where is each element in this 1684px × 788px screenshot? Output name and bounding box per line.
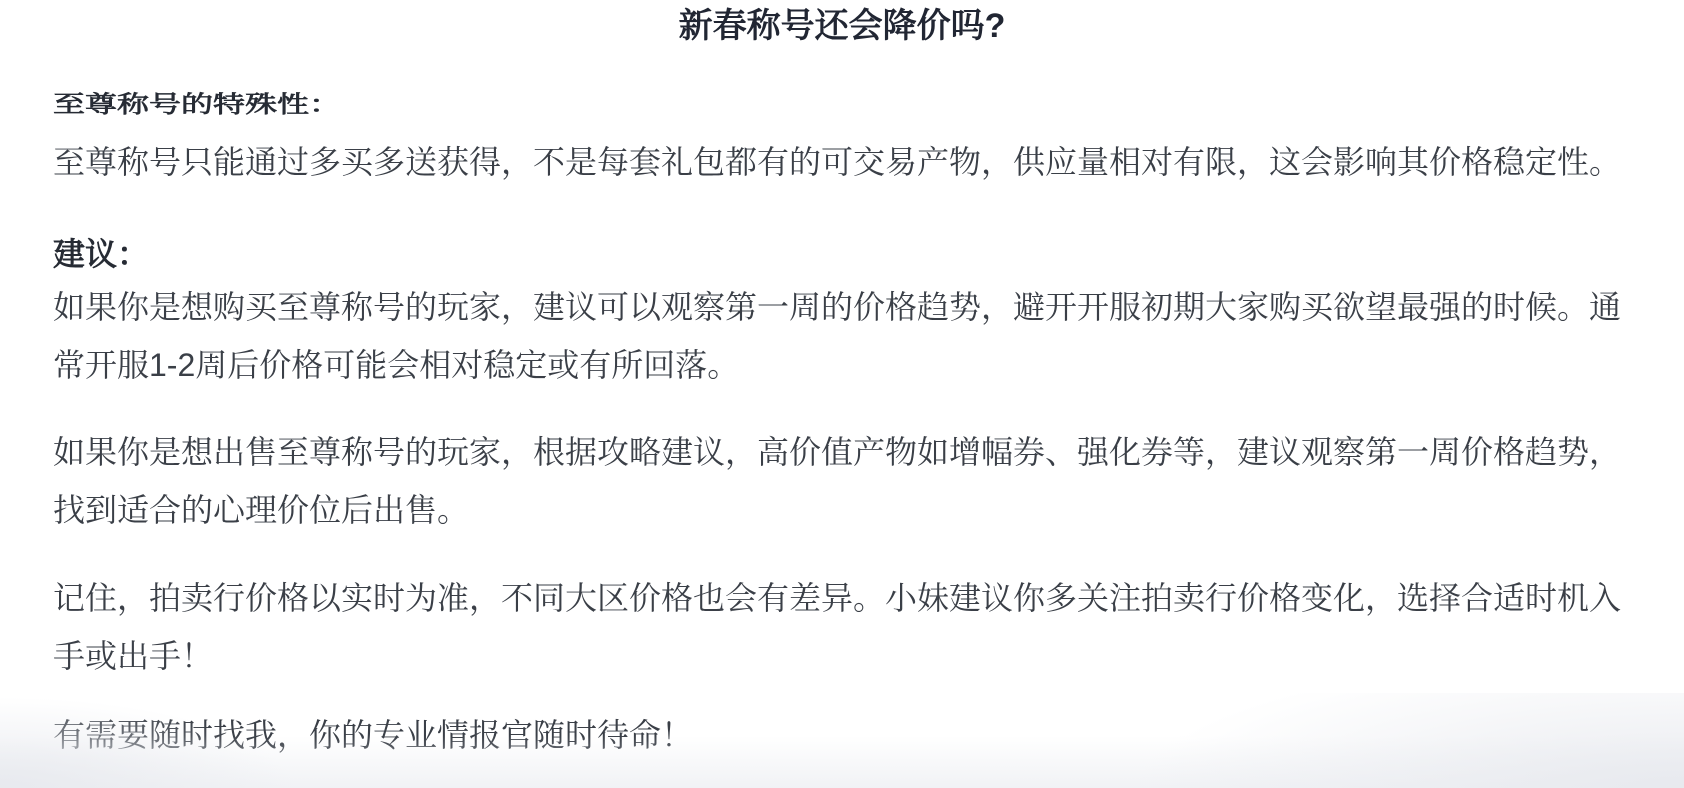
answer-document: 新春称号还会降价吗? 至尊称号的特殊性： 至尊称号只能通过多买多送获得，不是每套… [0, 0, 1684, 764]
paragraph-sell-advice: 如果你是想出售至尊称号的玩家，根据攻略建议，高价值产物如增幅券、强化券等，建议观… [53, 423, 1631, 539]
page-title: 新春称号还会降价吗? [53, 0, 1631, 48]
paragraph-special-body: 至尊称号只能通过多买多送获得，不是每套礼包都有的可交易产物，供应量相对有限，这会… [53, 133, 1631, 191]
paragraph-auction-reminder: 记住，拍卖行价格以实时为准，不同大区价格也会有差异。小妹建议你多关注拍卖行价格变… [53, 569, 1631, 685]
section-heading-special: 至尊称号的特殊性： [53, 88, 1631, 120]
paragraph-closing: 有需要随时找我，你的专业情报官随时待命！ [53, 706, 1631, 764]
paragraph-buy-advice: 如果你是想购买至尊称号的玩家，建议可以观察第一周的价格趋势，避开开服初期大家购买… [53, 278, 1631, 394]
section-heading-advice: 建议： [53, 232, 1631, 276]
